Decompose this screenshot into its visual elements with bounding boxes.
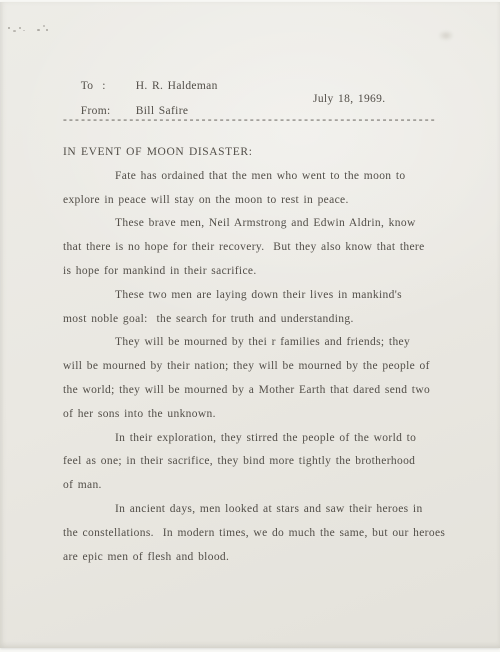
- memo-paragraph: They will be mourned by thei r families …: [63, 331, 497, 426]
- dashed-divider: ----------------------------------------…: [63, 114, 437, 126]
- to-label: To :: [81, 80, 136, 92]
- memo-paper: To :H. R. Haldeman From:Bill Safire July…: [0, 2, 500, 648]
- memo-paragraph: In ancient days, men looked at stars and…: [63, 498, 497, 569]
- memo-paragraph: These brave men, Neil Armstrong and Edwi…: [63, 212, 497, 283]
- paper-stain-icon: [438, 30, 454, 41]
- memo-paragraph: Fate has ordained that the men who went …: [63, 165, 497, 213]
- memo-paragraph: In their exploration, they stirred the p…: [63, 427, 497, 498]
- memo-date: July 18, 1969.: [313, 93, 385, 105]
- memo-paragraph: These two men are laying down their live…: [63, 284, 497, 332]
- memo-subject: IN EVENT OF MOON DISASTER:: [63, 141, 497, 165]
- memo-body: IN EVENT OF MOON DISASTER: Fate has orda…: [63, 141, 497, 569]
- pencil-marks-icon: [0, 2, 60, 22]
- to-value: H. R. Haldeman: [136, 80, 218, 92]
